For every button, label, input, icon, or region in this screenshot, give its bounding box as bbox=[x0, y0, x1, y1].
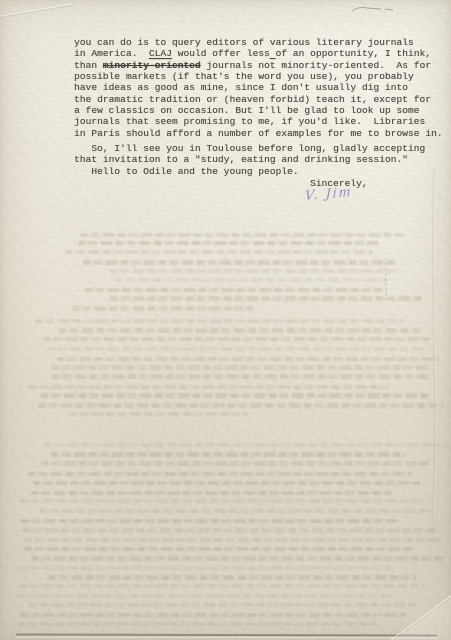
show-through-line bbox=[110, 296, 422, 300]
show-through-line bbox=[20, 566, 392, 570]
show-through-line bbox=[59, 328, 422, 332]
show-through-line bbox=[38, 403, 444, 407]
show-through-line bbox=[48, 575, 417, 579]
letter-page: you can do is to query editors of variou… bbox=[0, 0, 451, 640]
show-through-line bbox=[24, 547, 414, 551]
signature-handwritten: V. Jim bbox=[305, 186, 353, 202]
show-through-line bbox=[65, 250, 373, 254]
show-through-line bbox=[52, 374, 431, 378]
show-through-line bbox=[31, 556, 444, 560]
show-through-line bbox=[80, 233, 407, 237]
show-through-line bbox=[51, 452, 406, 456]
paragraph-1: you can do is to query editors of variou… bbox=[74, 37, 450, 139]
show-through-line bbox=[31, 491, 394, 495]
show-through-line bbox=[35, 319, 405, 323]
letter-line: have ideas as good as mine, since I don'… bbox=[74, 82, 450, 93]
paragraph-3: Hello to Odile and the young people. bbox=[74, 166, 450, 177]
show-through-line bbox=[43, 337, 431, 341]
show-through-line bbox=[83, 260, 397, 264]
letter-line: that invitation to a "study, eating and … bbox=[74, 154, 450, 165]
letter-line: the dramatic tradition or (heaven forbid… bbox=[74, 94, 450, 105]
show-through-line bbox=[78, 241, 379, 245]
show-through-line bbox=[39, 509, 432, 513]
show-through-line bbox=[85, 288, 383, 292]
show-through-line bbox=[19, 584, 425, 588]
letter-line: you can do is to query editors of variou… bbox=[74, 37, 450, 48]
show-through-line bbox=[41, 393, 429, 397]
show-through-line bbox=[51, 365, 430, 369]
show-through-line bbox=[41, 461, 430, 465]
show-through-line bbox=[21, 519, 401, 523]
letter-line: in Paris should afford a number of examp… bbox=[74, 128, 450, 139]
show-through-line bbox=[57, 357, 439, 361]
show-through-line bbox=[72, 306, 254, 310]
show-through-line bbox=[28, 472, 412, 476]
show-through-line bbox=[33, 481, 420, 485]
letter-line: Hello to Odile and the young people. bbox=[74, 166, 450, 177]
show-through-line bbox=[18, 622, 376, 626]
show-through-line bbox=[115, 278, 387, 282]
show-through-line bbox=[29, 603, 416, 607]
show-through-line bbox=[28, 385, 390, 389]
paragraph-2: So, I'll see you in Toulouse before long… bbox=[74, 143, 450, 166]
show-through-line bbox=[69, 412, 248, 416]
letter-line: journals that seem promising to me, if y… bbox=[74, 116, 450, 127]
letter-line: in America. CLAJ would offer less of an … bbox=[74, 48, 450, 59]
show-through-line bbox=[16, 594, 392, 598]
letter-line: a few classics on occasion. But I'll be … bbox=[74, 105, 450, 116]
show-through-line bbox=[23, 528, 441, 532]
letter-photo: you can do is to query editors of variou… bbox=[0, 0, 451, 640]
letter-line: than minority-oriented journals not mino… bbox=[74, 60, 450, 71]
show-through-line bbox=[25, 538, 441, 542]
show-through-line bbox=[47, 347, 426, 351]
letter-line: possible markets (if that's the word you… bbox=[74, 71, 450, 82]
show-through-line bbox=[20, 613, 406, 617]
show-through-line bbox=[110, 269, 401, 273]
show-through-line bbox=[20, 499, 424, 503]
show-through-line bbox=[43, 443, 449, 447]
letter-line: So, I'll see you in Toulouse before long… bbox=[74, 143, 450, 154]
